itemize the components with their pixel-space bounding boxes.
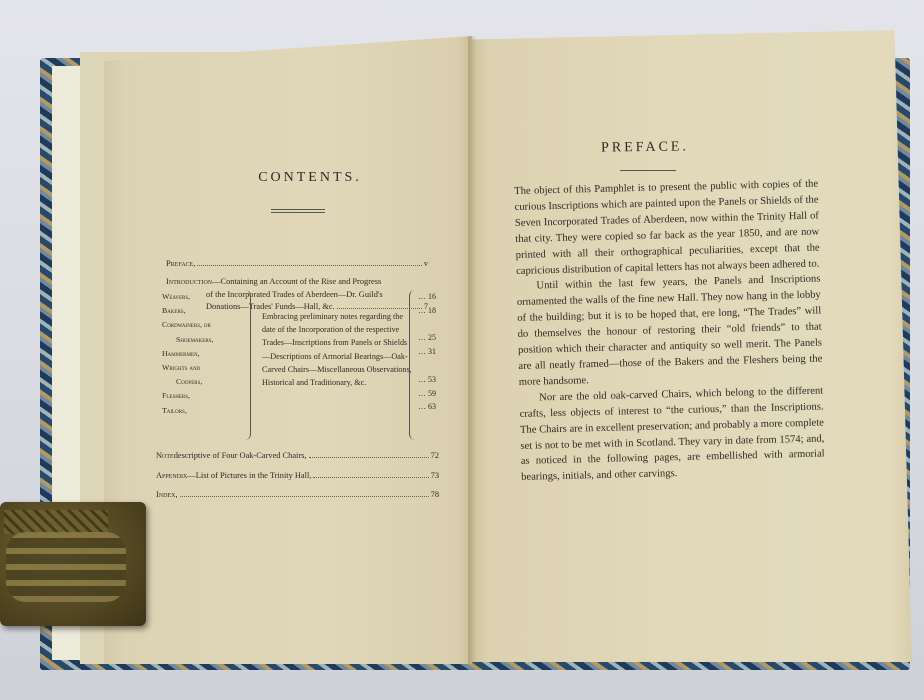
trade-cordwainers: Cordwainers, or <box>162 318 242 332</box>
toc-entry-note: Note descriptive of Four Oak-Carved Chai… <box>156 446 439 466</box>
preface-paragraph-2: Until within the last few years, the Pan… <box>516 272 823 391</box>
trade-fleshers: Fleshers, <box>162 389 242 403</box>
trade-wrights: Wrights and <box>162 361 242 375</box>
preface-body: The object of this Pamphlet is to presen… <box>514 177 825 487</box>
toc-entry-appendix: Appendix—List of Pictures in the Trinity… <box>156 466 439 486</box>
dot-leader <box>309 457 429 458</box>
trade-bakers: Bakers, <box>162 304 242 318</box>
contents-bottom-entries: Note descriptive of Four Oak-Carved Chai… <box>156 446 439 505</box>
toc-entry-preface: Preface, v <box>166 258 428 270</box>
trades-list: Weavers, Bakers, Cordwainers, or Shoemak… <box>162 290 242 418</box>
trade-tailors: Tailors, <box>162 404 242 418</box>
contents-heading: CONTENTS. <box>160 170 460 186</box>
cuff-pattern <box>4 510 108 534</box>
left-brace <box>244 290 251 440</box>
trades-description: Embracing preliminary notes regarding th… <box>262 310 412 389</box>
double-rule-ornament <box>271 209 325 213</box>
dot-leader <box>180 496 429 497</box>
dot-leader <box>313 477 428 478</box>
right-brace <box>409 290 416 440</box>
preface-paragraph-1: The object of this Pamphlet is to presen… <box>514 177 820 280</box>
preface-paragraph-3: Nor are the old oak-carved Chairs, which… <box>519 383 825 486</box>
toc-entry-index: Index, 78 <box>156 485 439 505</box>
preface-heading: PREFACE. <box>580 139 710 157</box>
trade-page-numbers: … 16 … 18 … 25 … 31 … 53 … 59 … 63 <box>418 290 448 414</box>
toc-entry-introduction: Introduction—Containing an Account of th… <box>166 276 428 288</box>
rule-ornament <box>620 170 676 171</box>
brass-hand-paperweight <box>0 502 146 626</box>
trade-hammermen: Hammermen, <box>162 347 242 361</box>
dot-leader <box>197 265 422 266</box>
book-gutter <box>468 36 476 664</box>
hand-relief-icon <box>6 532 126 602</box>
trade-weavers: Weavers, <box>162 290 242 304</box>
